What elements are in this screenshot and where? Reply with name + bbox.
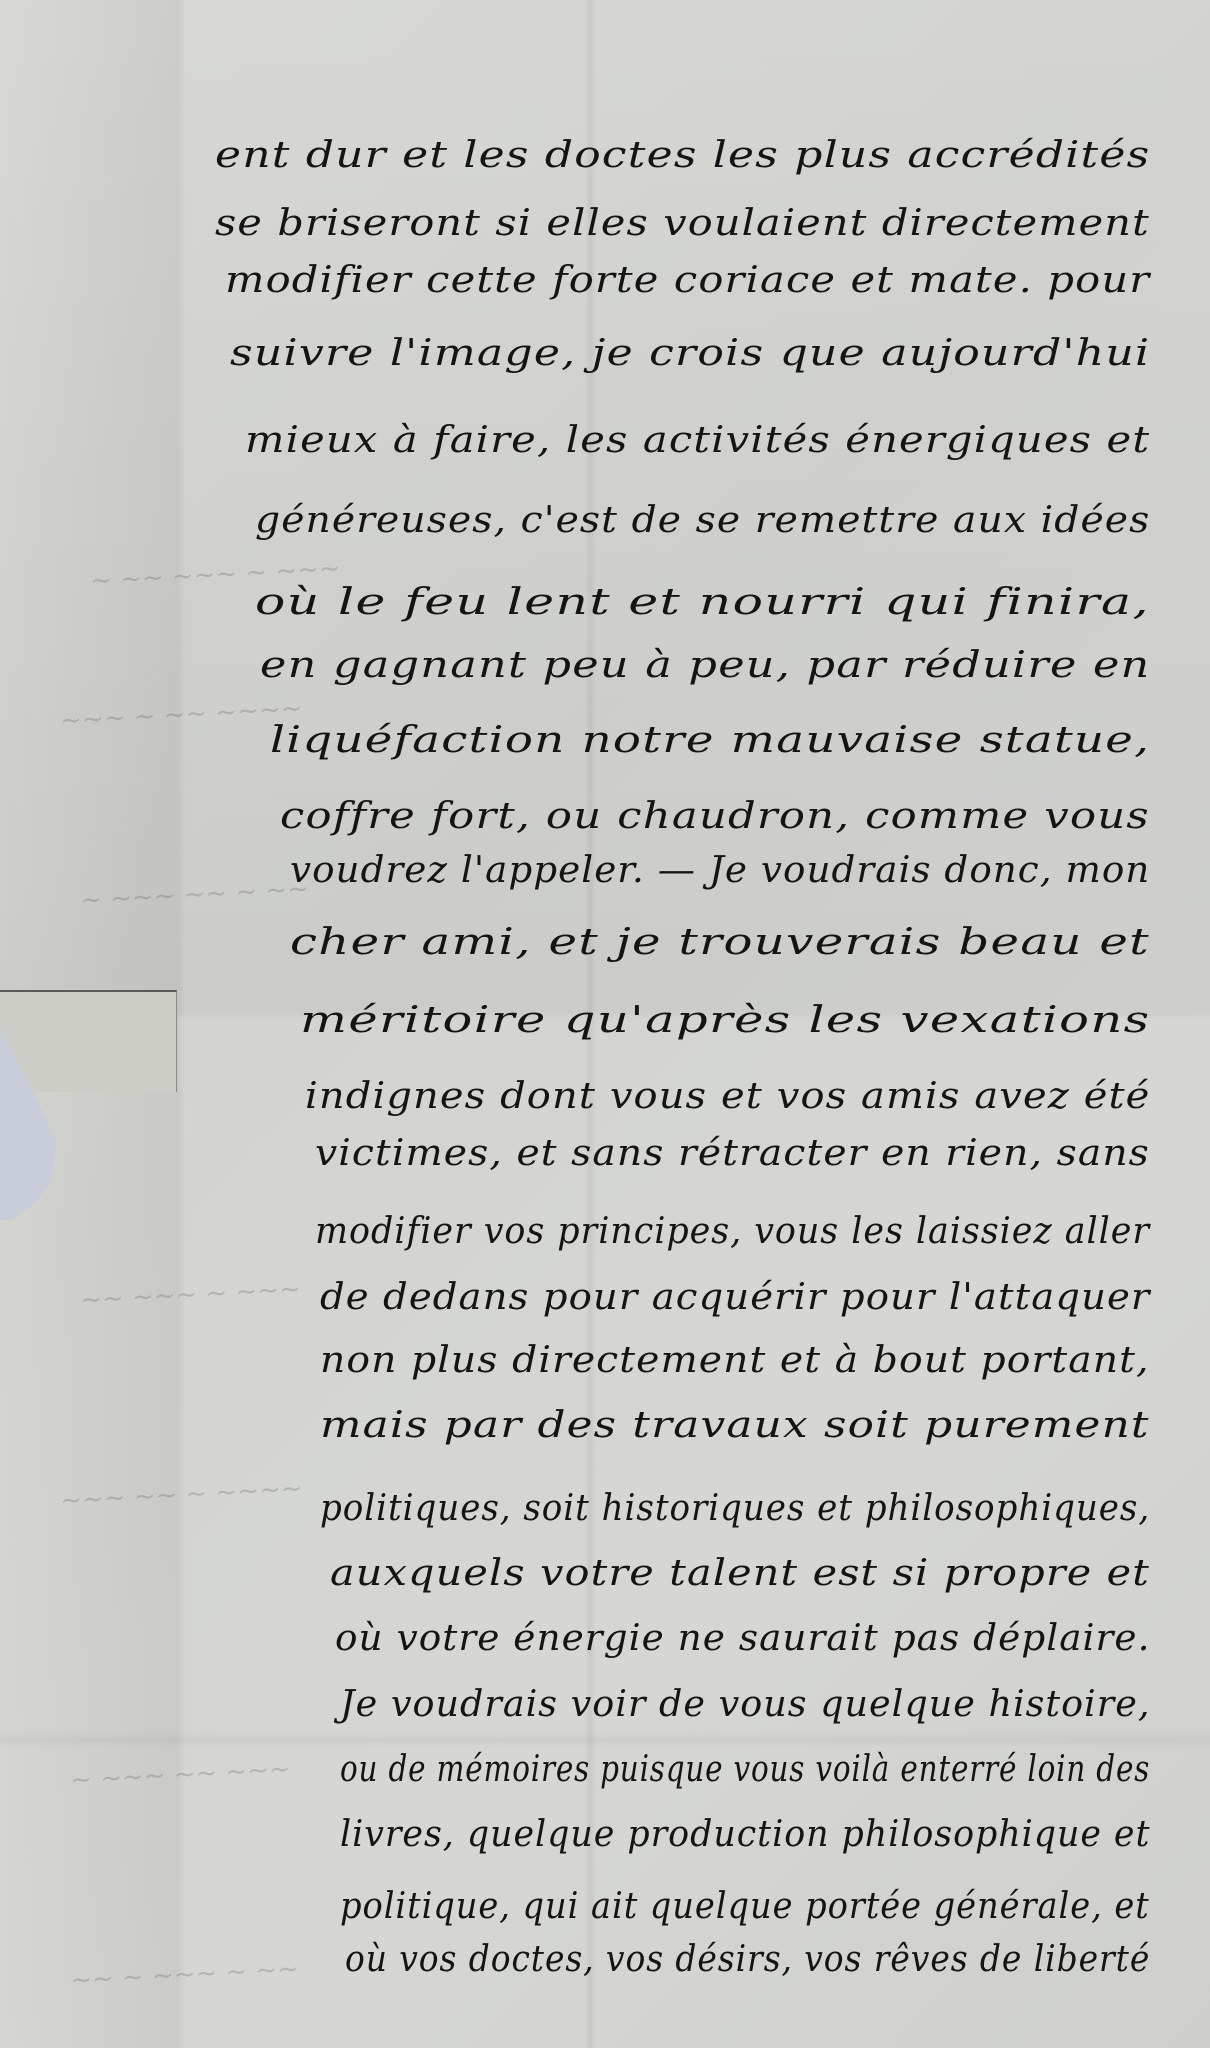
handwritten-line: victimes, et sans rétracter en rien, san… — [315, 1133, 1150, 1174]
show-through-text: ~~~ ~ ~~ ~~~~ — [59, 694, 303, 737]
handwritten-line: se briseront si elles voulaient directem… — [215, 203, 1150, 244]
handwritten-line: coffre fort, ou chaudron, comme vous — [280, 796, 1150, 837]
handwritten-line: où le feu lent et nourri qui finira, — [255, 582, 1150, 623]
handwritten-line: suivre l'image, je crois que aujourd'hui — [230, 333, 1150, 374]
letter-page: ~ ~~ ~~~ ~ ~~~ ~~~ ~ ~~ ~~~~ ~ ~~~ ~~ ~ … — [0, 0, 1210, 2048]
show-through-text: ~~ ~ ~~~ ~ ~~ — [69, 1954, 299, 1996]
handwritten-line: auxquels votre talent est si propre et — [330, 1553, 1150, 1594]
handwritten-line: où votre énergie ne saurait pas déplaire… — [335, 1618, 1150, 1659]
show-through-text: ~~~ ~~ ~ ~~~~ — [59, 1474, 303, 1517]
handwritten-line: modifier vos principes, vous les laissie… — [315, 1211, 1150, 1252]
handwritten-line: livres, quelque production philosophique… — [340, 1814, 1150, 1855]
handwritten-line: de dedans pour acquérir pour l'attaquer — [320, 1277, 1150, 1318]
handwritten-line: en gagnant peu à peu, par réduire en — [260, 645, 1151, 686]
handwritten-line: généreuses, c'est de se remettre aux idé… — [255, 500, 1150, 541]
handwritten-line: indignes dont vous et vos amis avez été — [305, 1076, 1150, 1117]
handwritten-line: méritoire qu'après les vexations — [300, 1000, 1150, 1041]
handwritten-line: ent dur et les doctes les plus accrédité… — [215, 135, 1150, 176]
show-through-text: ~~ ~~~ ~ ~~~ — [79, 1274, 301, 1316]
handwritten-line: non plus directement et à bout portant, — [320, 1340, 1150, 1381]
handwritten-line: liquéfaction notre mauvaise statue, — [270, 720, 1150, 761]
handwritten-line: cher ami, et je trouverais beau et — [290, 922, 1150, 963]
handwritten-line: mais par des travaux soit purement — [320, 1405, 1150, 1446]
handwritten-line: politique, qui ait quelque portée généra… — [340, 1886, 1150, 1927]
show-through-text: ~ ~~~ ~~ ~ ~~ — [79, 874, 309, 916]
handwritten-line: où vos doctes, vos désirs, vos rêves de … — [345, 1939, 1150, 1980]
handwritten-line: modifier cette forte coriace et mate. po… — [225, 260, 1150, 301]
handwritten-line: voudrez l'appeler. — Je voudrais donc, m… — [290, 850, 1150, 891]
handwritten-line: politiques, soit historiques et philosop… — [320, 1488, 1150, 1529]
handwritten-line: mieux à faire, les activités énergiques … — [245, 420, 1150, 461]
handwritten-line: ou de mémoires puisque vous voilà enterr… — [340, 1749, 1150, 1790]
show-through-text: ~ ~~~ ~~ ~~~ — [69, 1754, 291, 1796]
torn-paper-flap — [0, 990, 177, 1092]
handwritten-line: Je voudrais voir de vous quelque histoir… — [340, 1684, 1150, 1725]
